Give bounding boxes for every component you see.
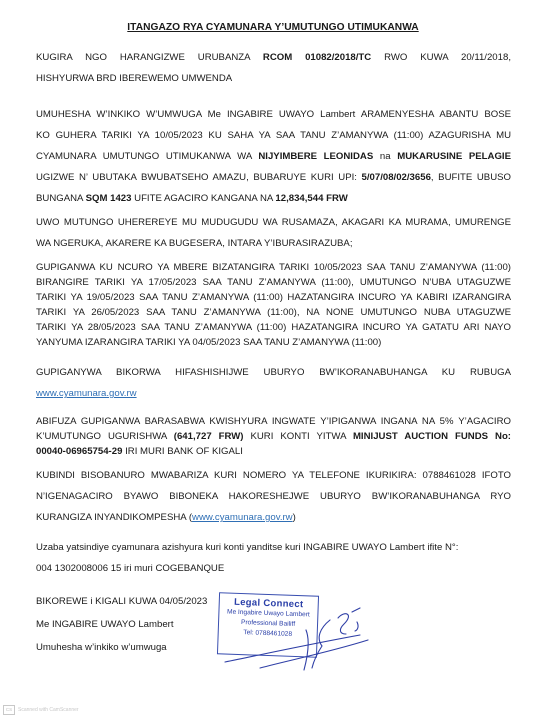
paragraph-deposit: ABIFUZA GUPIGANWA BARASABWA KWISHYURA IN…	[36, 414, 511, 459]
owner-name-1: NIJYIMBERE LEONIDAS	[258, 151, 373, 162]
cyamunara-link[interactable]: www.cyamunara.gov.rw	[36, 388, 137, 399]
account-name: MINIJUST AUCTION FUNDS No:	[353, 431, 511, 442]
signature-block: BIKOREWE i KIGALI KUWA 04/05/2023 Me ING…	[36, 592, 207, 657]
signer-role: Umuhesha w’inkiko w’umwuga	[36, 638, 207, 657]
owner-name-2: MUKARUSINE PELAGIE	[397, 151, 511, 162]
document-page: ITANGAZO RYA CYAMUNARA Y’UMUTUNGO UTIMUK…	[0, 0, 546, 720]
document-title: ITANGAZO RYA CYAMUNARA Y’UMUTUNGO UTIMUK…	[0, 22, 546, 33]
paragraph-auction-notice: UMUHESHA W’INKIKO W’UMWUGA Me INGABIRE U…	[36, 104, 511, 209]
paragraph-location: UWO MUTUNGO UHEREREYE MU MUDUGUDU WA RUS…	[36, 212, 511, 254]
handwritten-signature-icon	[220, 600, 370, 680]
place-date: BIKOREWE i KIGALI KUWA 04/05/2023	[36, 592, 207, 611]
paragraph-online-bidding: GUPIGANYWA BIKORWA HIFASHISHIJWE UBURYO …	[36, 362, 511, 404]
account-number: 00040-06965754-29	[36, 446, 122, 457]
paragraph-payment: Uzaba yatsindiye cyamunara azishyura kur…	[36, 537, 511, 579]
cyamunara-link-2[interactable]: www.cyamunara.gov.rw	[192, 512, 293, 523]
signer-name: Me INGABIRE UWAYO Lambert	[36, 615, 207, 634]
camscanner-icon: CS	[3, 705, 15, 715]
upi-number: 5/07/08/02/3656	[362, 172, 431, 183]
case-number: RCOM 01082/2018/TC	[263, 52, 371, 63]
paragraph-case-reference: KUGIRA NGO HARANGIZWE URUBANZA RCOM 0108…	[36, 47, 511, 89]
deposit-amount: (641,727 FRW)	[174, 431, 244, 442]
paragraph-schedule: GUPIGANWA KU NCURO YA MBERE BIZATANGIRA …	[36, 260, 511, 350]
property-value: 12,834,544 FRW	[275, 193, 347, 204]
paragraph-contact: KUBINDI BISOBANURO MWABARIZA KURI NOMERO…	[36, 465, 511, 528]
scanner-watermark: CS Scanned with CamScanner	[3, 705, 79, 715]
property-area: SQM 1423	[86, 193, 132, 204]
